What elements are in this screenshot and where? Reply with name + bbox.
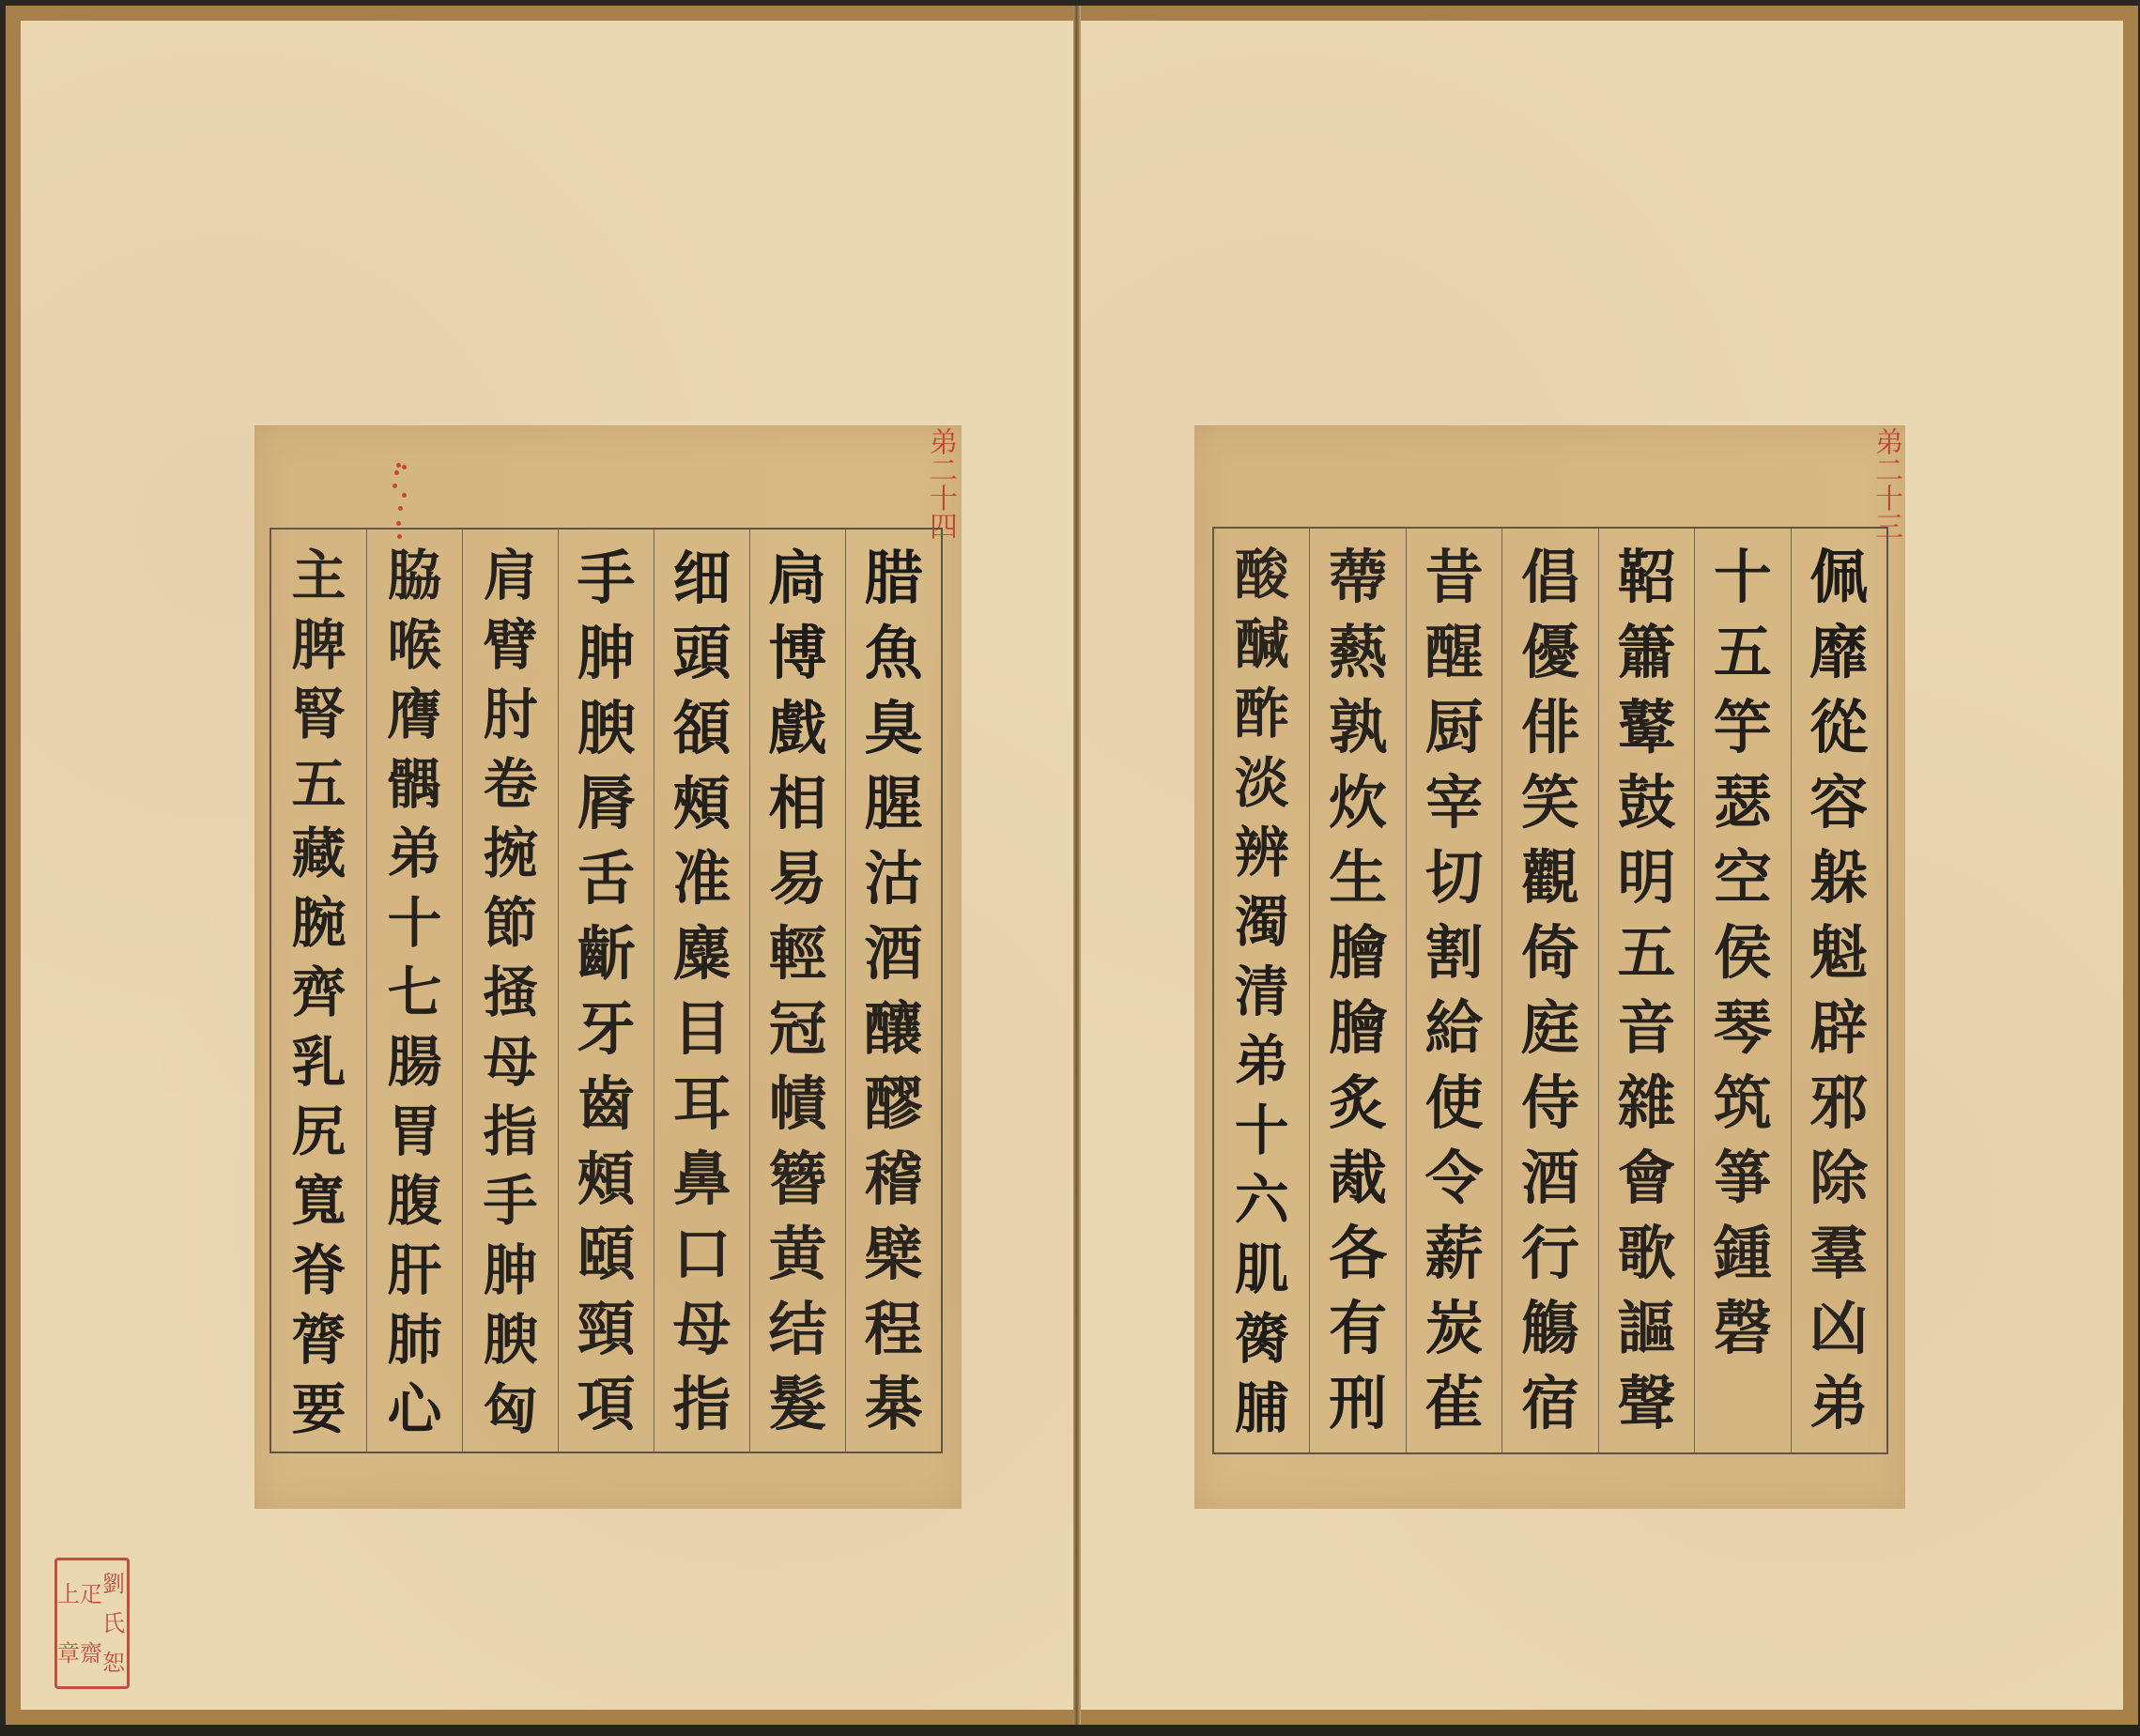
calligraphy-character: 麋 xyxy=(672,916,731,991)
calligraphy-character: 腎 xyxy=(291,680,346,749)
calligraphy-character: 謳 xyxy=(1617,1291,1675,1366)
calligraphy-character: 侯 xyxy=(1714,915,1772,991)
calligraphy-character: 容 xyxy=(1809,765,1868,840)
calligraphy-character: 结 xyxy=(768,1292,826,1367)
seal-character: 疋 xyxy=(80,1581,102,1607)
calligraphy-character: 脣 xyxy=(577,766,635,841)
calligraphy-character: 倡 xyxy=(1521,540,1579,615)
calligraphy-character: 瑟 xyxy=(1714,765,1772,840)
calligraphy-character: 頭 xyxy=(672,616,731,691)
calligraphy-character: 脇 xyxy=(387,541,441,610)
calligraphy-character: 六 xyxy=(1235,1165,1289,1235)
calligraphy-character: 優 xyxy=(1521,615,1579,690)
ruled-grid: 佩靡從容躲魁辟邪除羣凶弟 十五竽瑟空侯琴筑箏鍾磬 鞀簫鼙鼓明五音雜會歌謳聲 倡優… xyxy=(1212,527,1888,1454)
calligraphy-character: 髃 xyxy=(387,749,441,819)
calligraphy-character: 指 xyxy=(672,1367,731,1442)
calligraphy-character: 庭 xyxy=(1521,991,1579,1066)
calligraphy-character: 五 xyxy=(1714,615,1772,690)
calligraphy-character: 五 xyxy=(291,749,346,819)
calligraphy-character: 淡 xyxy=(1235,748,1289,818)
calligraphy-character: 手 xyxy=(577,541,635,616)
calligraphy-character: 雈 xyxy=(1425,1366,1484,1441)
calligraphy-character: 邪 xyxy=(1809,1066,1868,1141)
calligraphy-character: 七 xyxy=(387,958,441,1027)
calligraphy-character: 羣 xyxy=(1809,1216,1868,1291)
calligraphy-character: 腊 xyxy=(864,541,922,616)
calligraphy-character: 指 xyxy=(483,1097,537,1166)
calligraphy-character: 各 xyxy=(1329,1216,1387,1291)
calligraphy-character: 生 xyxy=(1329,840,1387,915)
calligraphy-character: 齊 xyxy=(291,958,346,1027)
calligraphy-character: 琴 xyxy=(1714,991,1772,1066)
calligraphy-character: 腸 xyxy=(387,1027,441,1097)
calligraphy-character: 炊 xyxy=(1329,765,1387,840)
calligraphy-character: 齗 xyxy=(577,916,635,991)
calligraphy-character: 喉 xyxy=(387,610,441,680)
calligraphy-character: 母 xyxy=(483,1027,537,1097)
calligraphy-character: 鍾 xyxy=(1714,1216,1772,1291)
calligraphy-character: 觴 xyxy=(1521,1291,1579,1366)
text-column: 脇喉膺髃弟十七腸胃腹肝肺心 xyxy=(366,530,462,1452)
calligraphy-character: 酢 xyxy=(1235,679,1289,748)
calligraphy-character: 胂 xyxy=(577,616,635,691)
calligraphy-character: 靡 xyxy=(1809,615,1868,690)
calligraphy-character: 耳 xyxy=(672,1067,731,1142)
calligraphy-character: 腴 xyxy=(483,1305,537,1375)
calligraphy-character: 躲 xyxy=(1809,840,1868,915)
calligraphy-character: 腴 xyxy=(577,691,635,766)
calligraphy-character: 黄 xyxy=(768,1217,826,1292)
calligraphy-character: 檗 xyxy=(864,1217,922,1292)
calligraphy-character: 凶 xyxy=(1809,1291,1868,1366)
calligraphy-character: 尻 xyxy=(291,1097,346,1166)
calligraphy-character: 鞀 xyxy=(1617,540,1675,615)
calligraphy-character: 藏 xyxy=(291,819,346,888)
ruled-grid: 腊魚臭腥沽酒釀醪稽檗程棊 扃博戲相易輕冠幘簪黄结髮 细頭頟頰准麋目耳鼻口母指 手… xyxy=(269,528,943,1453)
calligraphy-character: 细 xyxy=(672,541,731,616)
calligraphy-character: 膐 xyxy=(1235,1304,1289,1374)
calligraphy-character: 宿 xyxy=(1521,1366,1579,1441)
calligraphy-character: 母 xyxy=(672,1292,731,1367)
calligraphy-character: 濁 xyxy=(1235,887,1289,957)
calligraphy-character: 腹 xyxy=(387,1166,441,1236)
calligraphy-character: 除 xyxy=(1809,1141,1868,1216)
calligraphy-character: 易 xyxy=(768,841,826,916)
calligraphy-character: 心 xyxy=(387,1375,441,1444)
calligraphy-character: 腥 xyxy=(864,766,922,841)
calligraphy-character: 會 xyxy=(1617,1141,1675,1216)
calligraphy-character: 准 xyxy=(672,841,731,916)
calligraphy-character: 炙 xyxy=(1329,1066,1387,1141)
calligraphy-character: 俳 xyxy=(1521,690,1579,765)
calligraphy-character: 孰 xyxy=(1329,690,1387,765)
calligraphy-character: 主 xyxy=(291,541,346,610)
calligraphy-character: 節 xyxy=(483,888,537,958)
calligraphy-character: 醪 xyxy=(864,1067,922,1142)
calligraphy-character: 胂 xyxy=(483,1236,537,1305)
seal-character: 劉 xyxy=(102,1571,125,1597)
calligraphy-character: 程 xyxy=(864,1292,922,1367)
calligraphy-character: 頰 xyxy=(577,1142,635,1217)
calligraphy-character: 肌 xyxy=(1235,1235,1289,1304)
calligraphy-character: 脯 xyxy=(1235,1374,1289,1443)
calligraphy-character: 膺 xyxy=(387,680,441,749)
red-punctuation-marks xyxy=(393,463,408,538)
calligraphy-character: 薪 xyxy=(1425,1216,1484,1291)
calligraphy-character: 弟 xyxy=(1809,1366,1868,1441)
calligraphy-character: 脊 xyxy=(291,1236,346,1305)
text-column: 十五竽瑟空侯琴筑箏鍾磬 xyxy=(1694,529,1790,1452)
calligraphy-character: 舌 xyxy=(577,841,635,916)
calligraphy-character: 齒 xyxy=(577,1067,635,1142)
text-column: 主脾腎五藏腕齊乳尻寬脊膂要 xyxy=(271,530,366,1452)
calligraphy-character: 倚 xyxy=(1521,915,1579,991)
calligraphy-character: 醒 xyxy=(1425,615,1484,690)
seal-column: 疋齋 xyxy=(80,1564,102,1682)
calligraphy-character: 冠 xyxy=(768,991,826,1067)
page-marker: 弟二十三 xyxy=(1870,427,1901,540)
calligraphy-character: 臭 xyxy=(864,691,922,766)
calligraphy-character: 臂 xyxy=(483,610,537,680)
calligraphy-character: 鼻 xyxy=(672,1142,731,1217)
calligraphy-character: 博 xyxy=(768,616,826,691)
calligraphy-character: 簪 xyxy=(768,1142,826,1217)
calligraphy-character: 筑 xyxy=(1714,1066,1772,1141)
calligraphy-character: 頟 xyxy=(672,691,731,766)
collector-seal: 劉氏恕 疋齋 上章 xyxy=(54,1558,130,1689)
text-column: 扃博戲相易輕冠幘簪黄结髮 xyxy=(749,530,845,1452)
calligraphy-character: 笑 xyxy=(1521,765,1579,840)
calligraphy-character: 宰 xyxy=(1425,765,1484,840)
calligraphy-character: 蔕 xyxy=(1329,540,1387,615)
calligraphy-character: 觀 xyxy=(1521,840,1579,915)
calligraphy-character: 寬 xyxy=(291,1166,346,1236)
calligraphy-character: 棊 xyxy=(864,1367,922,1442)
calligraphy-character: 釀 xyxy=(864,991,922,1067)
calligraphy-character: 膂 xyxy=(291,1305,346,1375)
calligraphy-character: 磬 xyxy=(1714,1291,1772,1366)
calligraphy-character: 輕 xyxy=(768,916,826,991)
text-column: 酸醎酢淡辨濁清弟十六肌膐脯 xyxy=(1214,529,1309,1452)
calligraphy-character: 乳 xyxy=(291,1027,346,1097)
calligraphy-character: 十 xyxy=(387,888,441,958)
calligraphy-character: 空 xyxy=(1714,840,1772,915)
left-calligraphy-panel: 弟二十四 腊魚臭腥沽酒釀醪稽檗程棊 扃博戲相易輕冠幘簪黄结髮 细頭頟頰准麋目耳鼻… xyxy=(254,425,962,1509)
book-gutter-fold xyxy=(1073,6,1081,1725)
calligraphy-character: 肘 xyxy=(483,680,537,749)
calligraphy-character: 魚 xyxy=(864,616,922,691)
calligraphy-character: 魁 xyxy=(1809,915,1868,991)
text-column: 蔕爇孰炊生膾膾炙胾各有刑 xyxy=(1309,529,1405,1452)
page-marker: 弟二十四 xyxy=(924,427,956,540)
calligraphy-character: 侍 xyxy=(1521,1066,1579,1141)
text-column: 倡優俳笑觀倚庭侍酒行觴宿 xyxy=(1501,529,1597,1452)
album-spread: 弟二十四 腊魚臭腥沽酒釀醪稽檗程棊 扃博戲相易輕冠幘簪黄结髮 细頭頟頰准麋目耳鼻… xyxy=(6,6,2138,1725)
calligraphy-character: 切 xyxy=(1425,840,1484,915)
calligraphy-character: 醎 xyxy=(1235,609,1289,679)
seal-column: 上章 xyxy=(57,1564,80,1682)
calligraphy-character: 酸 xyxy=(1235,540,1289,609)
calligraphy-character: 卷 xyxy=(483,749,537,819)
calligraphy-character: 從 xyxy=(1809,690,1868,765)
calligraphy-character: 明 xyxy=(1617,840,1675,915)
calligraphy-character: 掻 xyxy=(483,958,537,1027)
seal-character: 恕 xyxy=(102,1650,125,1676)
calligraphy-character: 給 xyxy=(1425,991,1484,1066)
calligraphy-character: 頸 xyxy=(577,1292,635,1367)
calligraphy-character: 牙 xyxy=(577,991,635,1067)
calligraphy-character: 五 xyxy=(1617,915,1675,991)
calligraphy-character: 竽 xyxy=(1714,690,1772,765)
calligraphy-character: 口 xyxy=(672,1217,731,1292)
calligraphy-character: 聲 xyxy=(1617,1366,1675,1441)
text-column: 昔醒厨宰切割給使令薪炭雈 xyxy=(1406,529,1501,1452)
calligraphy-character: 令 xyxy=(1425,1141,1484,1216)
calligraphy-character: 炭 xyxy=(1425,1291,1484,1366)
calligraphy-character: 頰 xyxy=(672,766,731,841)
seal-character: 上 xyxy=(57,1581,80,1607)
calligraphy-character: 目 xyxy=(672,991,731,1067)
text-column: 鞀簫鼙鼓明五音雜會歌謳聲 xyxy=(1598,529,1694,1452)
calligraphy-character: 戲 xyxy=(768,691,826,766)
calligraphy-character: 沽 xyxy=(864,841,922,916)
calligraphy-character: 弟 xyxy=(1235,1026,1289,1096)
seal-character: 氏 xyxy=(102,1610,125,1636)
calligraphy-character: 辟 xyxy=(1809,991,1868,1066)
text-column: 手胂腴脣舌齗牙齒頰頤頸項 xyxy=(558,530,654,1452)
calligraphy-character: 弟 xyxy=(387,819,441,888)
calligraphy-character: 箏 xyxy=(1714,1141,1772,1216)
calligraphy-character: 鼙 xyxy=(1617,690,1675,765)
calligraphy-character: 脾 xyxy=(291,610,346,680)
calligraphy-character: 佩 xyxy=(1809,540,1868,615)
calligraphy-character: 鼓 xyxy=(1617,765,1675,840)
calligraphy-character: 項 xyxy=(577,1367,635,1442)
text-column: 细頭頟頰准麋目耳鼻口母指 xyxy=(654,530,749,1452)
calligraphy-character: 胾 xyxy=(1329,1141,1387,1216)
calligraphy-character: 髮 xyxy=(768,1367,826,1442)
calligraphy-character: 幘 xyxy=(768,1067,826,1142)
seal-character: 章 xyxy=(57,1640,80,1667)
calligraphy-character: 捥 xyxy=(483,819,537,888)
seal-column: 劉氏恕 xyxy=(102,1564,125,1682)
right-calligraphy-panel: 弟二十三 佩靡從容躲魁辟邪除羣凶弟 十五竽瑟空侯琴筑箏鍾磬 鞀簫鼙鼓明五音雜會歌… xyxy=(1194,425,1905,1509)
calligraphy-character: 頤 xyxy=(577,1217,635,1292)
calligraphy-character: 割 xyxy=(1425,915,1484,991)
calligraphy-character: 肩 xyxy=(483,541,537,610)
calligraphy-character: 酒 xyxy=(1521,1141,1579,1216)
calligraphy-character: 雜 xyxy=(1617,1066,1675,1141)
calligraphy-character: 歌 xyxy=(1617,1216,1675,1291)
calligraphy-character: 腕 xyxy=(291,888,346,958)
calligraphy-character: 匈 xyxy=(483,1375,537,1444)
calligraphy-character: 昔 xyxy=(1425,540,1484,615)
calligraphy-character: 酒 xyxy=(864,916,922,991)
calligraphy-character: 稽 xyxy=(864,1142,922,1217)
calligraphy-character: 相 xyxy=(768,766,826,841)
left-leaf: 弟二十四 腊魚臭腥沽酒釀醪稽檗程棊 扃博戲相易輕冠幘簪黄结髮 细頭頟頰准麋目耳鼻… xyxy=(6,6,1077,1725)
calligraphy-character: 扃 xyxy=(768,541,826,616)
calligraphy-character: 刑 xyxy=(1329,1366,1387,1441)
calligraphy-character: 有 xyxy=(1329,1291,1387,1366)
calligraphy-character: 膾 xyxy=(1329,915,1387,991)
seal-character: 齋 xyxy=(80,1640,102,1667)
right-leaf: 弟二十三 佩靡從容躲魁辟邪除羣凶弟 十五竽瑟空侯琴筑箏鍾磬 鞀簫鼙鼓明五音雜會歌… xyxy=(1077,6,2138,1725)
text-column: 肩臂肘卷捥節掻母指手胂腴匈 xyxy=(462,530,558,1452)
calligraphy-character: 胃 xyxy=(387,1097,441,1166)
background-strip xyxy=(0,1725,2140,1736)
calligraphy-character: 厨 xyxy=(1425,690,1484,765)
calligraphy-character: 簫 xyxy=(1617,615,1675,690)
calligraphy-character: 爇 xyxy=(1329,615,1387,690)
calligraphy-character: 十 xyxy=(1235,1096,1289,1165)
calligraphy-character: 清 xyxy=(1235,957,1289,1026)
calligraphy-character: 音 xyxy=(1617,991,1675,1066)
calligraphy-character: 使 xyxy=(1425,1066,1484,1141)
text-column: 佩靡從容躲魁辟邪除羣凶弟 xyxy=(1791,529,1886,1452)
calligraphy-character: 辨 xyxy=(1235,818,1289,887)
calligraphy-character: 肺 xyxy=(387,1305,441,1375)
calligraphy-character: 肝 xyxy=(387,1236,441,1305)
calligraphy-character: 膾 xyxy=(1329,991,1387,1066)
text-column: 腊魚臭腥沽酒釀醪稽檗程棊 xyxy=(845,530,941,1452)
calligraphy-character: 要 xyxy=(291,1375,346,1444)
calligraphy-character: 十 xyxy=(1714,540,1772,615)
calligraphy-character: 行 xyxy=(1521,1216,1579,1291)
calligraphy-character: 手 xyxy=(483,1166,537,1236)
